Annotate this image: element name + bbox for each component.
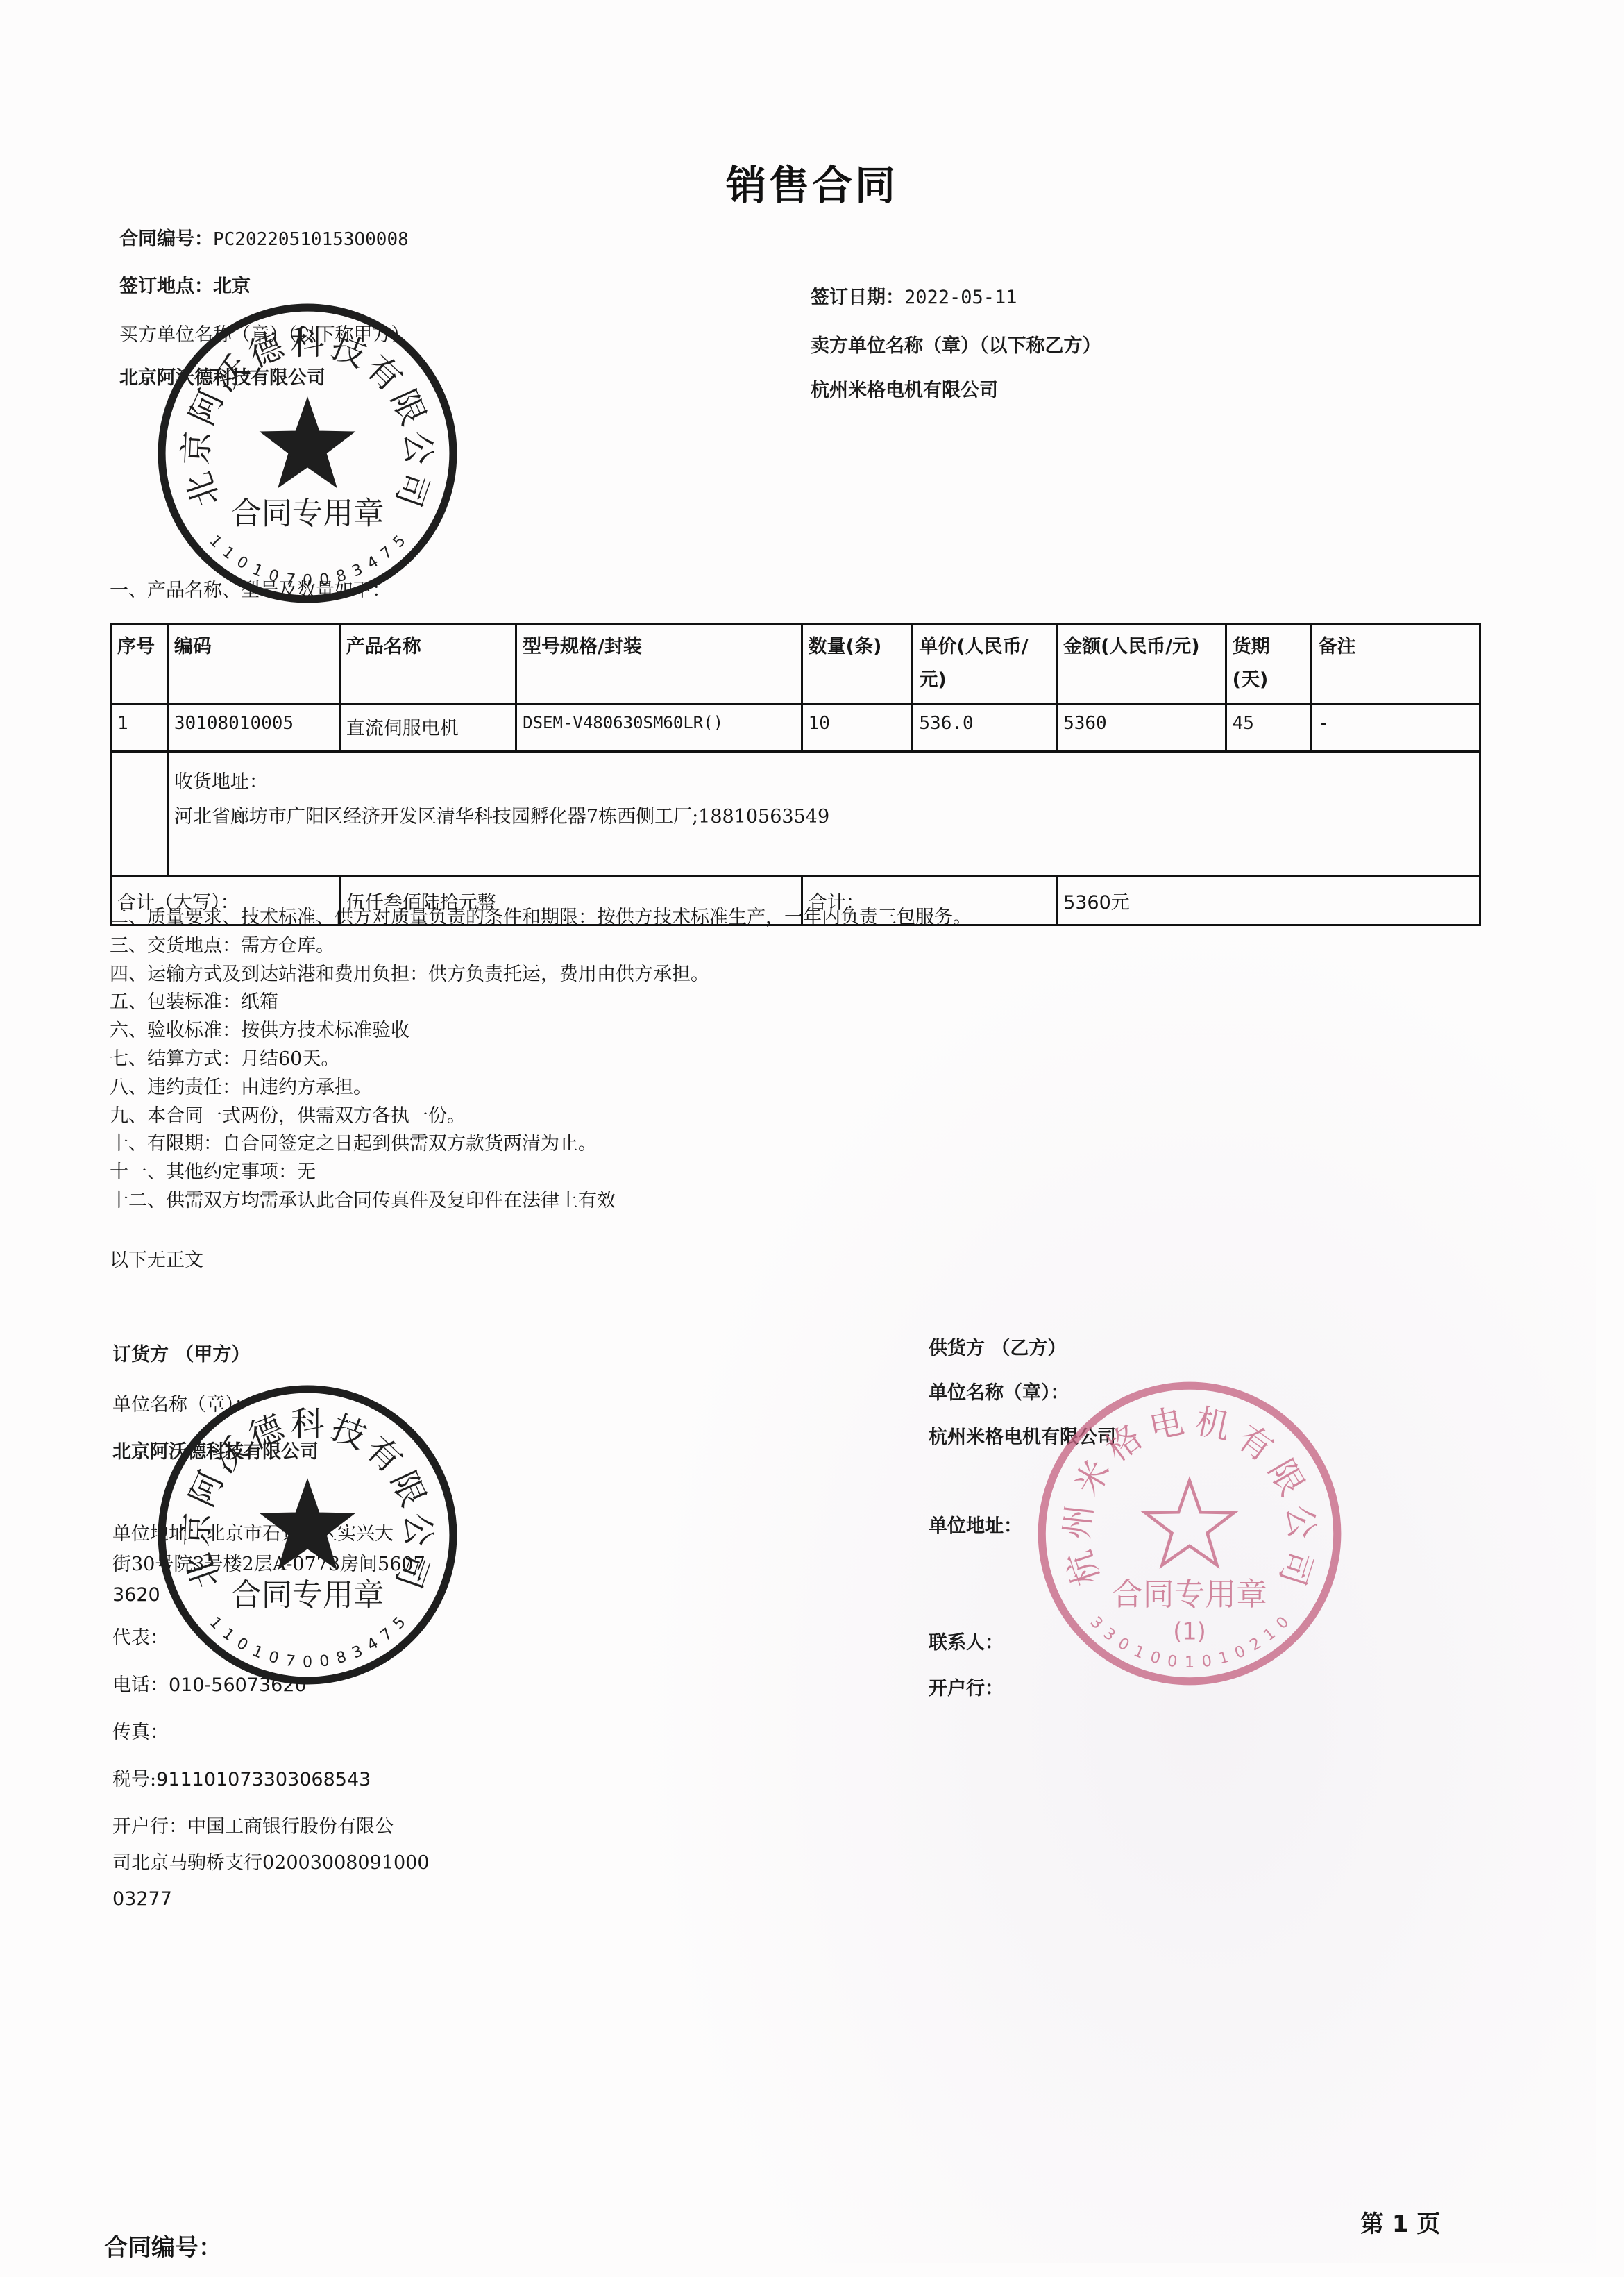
clause-3: 三、交货地点：需方仓库。 — [110, 932, 972, 961]
contract-clauses: 二、质量要求、技术标准、供方对质量负责的条件和期限：按供方技术标准生产，一年内负… — [110, 904, 972, 1216]
party-a-bank-line-2: 司北京马驹桥支行02003008091000 — [112, 1849, 473, 1885]
sign-date: 签订日期：2022-05-11 — [811, 282, 1017, 309]
sign-place-value: 北京 — [213, 276, 251, 297]
contract-number-value: PC20220510153O0008 — [213, 229, 409, 250]
party-a-address-line-3: 3620 — [112, 1581, 473, 1624]
svg-text:1: 1 — [1185, 1654, 1194, 1672]
svg-text:公: 公 — [1279, 1503, 1323, 1541]
clause-11: 十一、其他约定事项：无 — [110, 1159, 972, 1187]
sign-date-value: 2022-05-11 — [904, 287, 1017, 308]
cell-model: DSEM-V480630SM60LR() — [516, 704, 802, 752]
party-a-bank-line-1: 中国工商银行股份有限公 — [187, 1816, 394, 1838]
sign-date-label: 签订日期： — [811, 287, 904, 308]
table-row: 1 30108010005 直流伺服电机 DSEM-V480630SM60LR(… — [111, 704, 1480, 752]
document-title: 销售合同 — [0, 153, 1624, 211]
party-a-phone: 电话：010-56073620 — [112, 1672, 473, 1719]
svg-text:0: 0 — [233, 553, 251, 573]
header-lead-time: 货期(天) — [1226, 624, 1312, 704]
page-number: 第 1 页 — [1360, 2205, 1440, 2239]
header-unit-price: 单价(人民币/元) — [913, 624, 1057, 704]
header-amount: 金额(人民币/元) — [1057, 624, 1226, 704]
svg-text:司: 司 — [1271, 1545, 1320, 1590]
svg-text:1: 1 — [205, 532, 225, 551]
svg-text:0: 0 — [1166, 1652, 1178, 1672]
footer-contract-number-label: 合同编号： — [104, 2228, 222, 2262]
svg-text:0: 0 — [1232, 1642, 1248, 1663]
party-a-address-line-2: 街30号院3号楼2层A-0773房间5607 — [112, 1551, 473, 1581]
product-table: 序号 编码 产品名称 型号规格/封装 数量(条) 单价(人民币/元) 金额(人民… — [110, 623, 1481, 926]
clause-6: 六、验收标准：按供方技术标准验收 — [110, 1017, 972, 1045]
clause-12: 十二、供需双方均需承认此合同传真件及复印件在法律上有效 — [110, 1187, 972, 1216]
delivery-address-row: 收货地址： 河北省廊坊市广阳区经济开发区清华科技园孵化器7栋西侧工厂;18810… — [111, 752, 1480, 876]
svg-text:限: 限 — [383, 384, 432, 430]
party-a-heading: 订货方 （甲方） — [112, 1341, 473, 1391]
seller-name: 杭州米格电机有限公司 — [811, 375, 998, 402]
svg-text:州: 州 — [1056, 1503, 1100, 1541]
svg-text:7: 7 — [377, 543, 396, 563]
svg-text:阿: 阿 — [183, 384, 232, 430]
cell-unit-price: 536.0 — [913, 704, 1057, 752]
party-a-phone-label: 电话： — [112, 1674, 169, 1696]
party-a-block: 订货方 （甲方） 单位名称（章）： 北京阿沃德科技有限公司 单位地址：北京市石景… — [112, 1341, 473, 1933]
party-a-address-line-1: 单位地址：北京市石景山区实兴大 — [112, 1520, 473, 1551]
svg-text:5: 5 — [389, 532, 409, 551]
contract-number-label: 合同编号： — [119, 228, 213, 250]
svg-text:公: 公 — [398, 430, 438, 466]
svg-text:限: 限 — [1260, 1453, 1312, 1503]
clause-2: 二、质量要求、技术标准、供方对质量负责的条件和期限：按供方技术标准生产，一年内负… — [110, 904, 972, 932]
svg-text:(1): (1) — [1173, 1618, 1206, 1645]
total-value: 5360元 — [1057, 876, 1480, 925]
end-note: 以下无正文 — [110, 1245, 203, 1272]
clause-7: 七、结算方式：月结60天。 — [110, 1045, 972, 1074]
svg-text:米: 米 — [1067, 1453, 1119, 1503]
buyer-label: 买方单位名称（章）（以下称甲方） — [119, 319, 410, 346]
clause-10: 十、有限期：自合同签定之日起到供需双方款货两清为止。 — [110, 1130, 972, 1159]
clause-4: 四、运输方式及到达站港和费用负担：供方负责托运，费用由供方承担。 — [110, 961, 972, 989]
party-b-bank-label: 开户行： — [929, 1673, 1004, 1700]
party-a-tax-value: 911101073303068543 — [156, 1769, 371, 1790]
cell-code: 30108010005 — [167, 704, 339, 752]
svg-text:2: 2 — [1246, 1634, 1264, 1655]
sign-place: 签订地点：北京 — [119, 271, 251, 298]
party-a-rep-label: 代表： — [112, 1624, 473, 1672]
party-a-tax: 税号:911101073303068543 — [112, 1766, 473, 1813]
svg-text:京: 京 — [177, 430, 217, 466]
header-qty: 数量(条) — [802, 624, 913, 704]
cell-seq: 1 — [111, 704, 168, 752]
svg-text:0: 0 — [1273, 1613, 1293, 1633]
header-seq: 序号 — [111, 624, 168, 704]
sign-place-label: 签订地点： — [119, 276, 213, 297]
svg-text:0: 0 — [1148, 1648, 1162, 1668]
party-a-phone-value: 010-56073620 — [169, 1674, 307, 1696]
party-b-address-label: 单位地址： — [929, 1511, 1022, 1538]
party-a-unit-name-label: 单位名称（章）： — [112, 1391, 473, 1438]
cell-name: 直流伺服电机 — [339, 704, 516, 752]
svg-text:电: 电 — [1145, 1401, 1187, 1447]
party-b-contact-label: 联系人： — [929, 1627, 1004, 1654]
svg-text:1: 1 — [1217, 1648, 1231, 1668]
svg-text:杭: 杭 — [1058, 1545, 1107, 1590]
header-remark: 备注 — [1312, 624, 1480, 704]
cell-remark: - — [1312, 704, 1480, 752]
svg-text:4: 4 — [364, 553, 381, 573]
svg-text:1: 1 — [219, 543, 237, 563]
svg-text:有: 有 — [358, 348, 409, 399]
svg-text:合同专用章: 合同专用章 — [231, 496, 384, 532]
svg-text:0: 0 — [1201, 1652, 1213, 1672]
party-b-unit-name: 杭州米格电机有限公司 — [929, 1422, 1116, 1449]
svg-text:3: 3 — [1087, 1613, 1107, 1633]
header-name: 产品名称 — [339, 624, 516, 704]
clause-9: 九、本合同一式两份，供需双方各执一份。 — [110, 1102, 972, 1131]
svg-text:1: 1 — [1260, 1624, 1279, 1645]
contract-number: 合同编号：PC20220510153O0008 — [119, 224, 409, 251]
svg-text:司: 司 — [388, 467, 436, 512]
cell-lead-time: 45 — [1226, 704, 1312, 752]
delivery-address-label: 收货地址： — [174, 765, 1473, 800]
party-a-fax-label: 传真： — [112, 1719, 473, 1766]
party-b-heading: 供货方 （乙方） — [929, 1333, 1066, 1360]
svg-text:0: 0 — [1115, 1634, 1133, 1655]
header-code: 编码 — [167, 624, 339, 704]
section-1-title: 一、产品名称、型号及数量如下： — [110, 575, 391, 602]
party-a-tax-label: 税号: — [112, 1769, 156, 1790]
delivery-address-value: 河北省廊坊市广阳区经济开发区清华科技园孵化器7栋西侧工厂;18810563549 — [174, 800, 1473, 834]
party-a-bank-line-3: 03277 — [112, 1885, 473, 1933]
svg-text:3: 3 — [1100, 1624, 1119, 1645]
svg-text:北: 北 — [179, 467, 227, 512]
seller-label: 卖方单位名称（章）（以下称乙方） — [811, 330, 1101, 358]
party-b-unit-name-label: 单位名称（章）： — [929, 1377, 1069, 1404]
cell-amount: 5360 — [1057, 704, 1226, 752]
clause-5: 五、包装标准：纸箱 — [110, 989, 972, 1017]
party-a-bank: 开户行：中国工商银行股份有限公 — [112, 1813, 473, 1849]
buyer-name: 北京阿沃德科技有限公司 — [119, 362, 325, 389]
table-header-row: 序号 编码 产品名称 型号规格/封装 数量(条) 单价(人民币/元) 金额(人民… — [111, 624, 1480, 704]
svg-text:合同专用章: 合同专用章 — [1112, 1576, 1267, 1613]
clause-8: 八、违约责任：由违约方承担。 — [110, 1074, 972, 1102]
party-a-bank-label: 开户行： — [112, 1816, 187, 1838]
svg-text:1: 1 — [1131, 1642, 1147, 1663]
svg-text:有: 有 — [1230, 1417, 1281, 1470]
svg-text:机: 机 — [1192, 1401, 1233, 1447]
cell-qty: 10 — [802, 704, 913, 752]
party-a-unit-name: 北京阿沃德科技有限公司 — [112, 1438, 473, 1520]
header-model: 型号规格/封装 — [516, 624, 802, 704]
